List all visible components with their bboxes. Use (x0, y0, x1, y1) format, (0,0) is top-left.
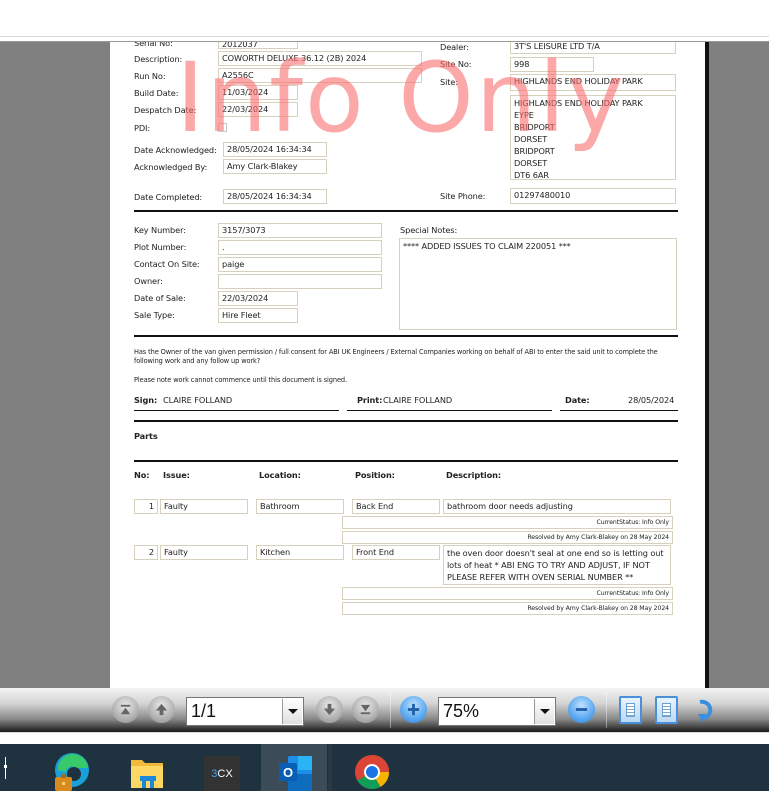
3cx-icon[interactable]: 3CX (204, 756, 240, 791)
previous-page-button[interactable] (148, 696, 175, 723)
serial-label: Serial No: (134, 42, 173, 48)
zoom-in-icon (406, 702, 421, 717)
date-label: Date: (565, 395, 590, 405)
toolbar-separator (606, 692, 607, 728)
section-divider (134, 335, 678, 337)
site-label: Site: (440, 77, 458, 87)
divider (0, 36, 769, 37)
print-label: Print: (357, 395, 382, 405)
fit-width-button[interactable] (619, 696, 642, 724)
zoom-selector[interactable]: 75% (438, 697, 556, 726)
run-no-label: Run No: (134, 71, 166, 81)
date-value: 28/05/2024 (628, 395, 674, 405)
print-value: CLAIRE FOLLAND (383, 395, 452, 405)
outlook-icon[interactable]: O (276, 750, 316, 791)
site-no-label: Site No: (440, 59, 471, 69)
address-line: HIGHLANDS END HOLIDAY PARK (514, 97, 672, 109)
site-phone-label: Site Phone: (440, 191, 485, 201)
part-location: Bathroom (256, 499, 344, 514)
build-date-field: 11/03/2024 (218, 85, 298, 100)
col-no: No: (134, 470, 149, 480)
top-blank-area (0, 0, 769, 36)
part-position: Front End (352, 545, 440, 560)
run-no-field: A2556C (218, 68, 422, 83)
pdi-checkbox (218, 123, 227, 132)
part-issue: Faulty (160, 545, 248, 560)
address-line: BRIDPORT (514, 145, 672, 157)
consent-question: Has the Owner of the van given permissio… (134, 348, 674, 366)
file-explorer-icon[interactable] (128, 750, 168, 791)
special-notes-label: Special Notes: (400, 225, 457, 235)
part-status: CurrentStatus: Info Only (342, 516, 673, 529)
date-completed-label: Date Completed: (134, 192, 202, 202)
blank-strip (0, 732, 769, 744)
first-page-button[interactable] (112, 696, 139, 723)
next-page-icon (322, 702, 337, 717)
chrome-icon[interactable] (352, 750, 392, 791)
document-page: Serial No: 2012037 Description: COWORTH … (110, 42, 705, 688)
dealer-label: Dealer: (440, 42, 469, 52)
page-selector[interactable]: 1/1 (186, 697, 304, 726)
address-line: EYPE (514, 109, 672, 121)
part-location: Kitchen (256, 545, 344, 560)
parts-heading: Parts (134, 431, 158, 441)
fit-page-icon (662, 703, 671, 717)
next-page-button[interactable] (316, 696, 343, 723)
fit-page-button[interactable] (655, 696, 678, 724)
taskbar-handle[interactable] (5, 757, 6, 779)
site-address-field: HIGHLANDS END HOLIDAY PARK EYPE BRIDPORT… (510, 95, 676, 180)
pdi-label: PDI: (134, 123, 150, 133)
pdf-viewer-canvas[interactable]: Serial No: 2012037 Description: COWORTH … (0, 42, 769, 688)
site-field: HIGHLANDS END HOLIDAY PARK (510, 74, 676, 91)
zoom-value: 75% (443, 701, 479, 721)
zoom-out-button[interactable] (568, 696, 595, 723)
acknowledged-by-field: Amy Clark-Blakey (223, 159, 327, 174)
build-date-label: Build Date: (134, 88, 178, 98)
contact-on-site-label: Contact On Site: (134, 259, 200, 269)
section-divider (134, 210, 678, 212)
last-page-button[interactable] (352, 696, 379, 723)
part-no: 1 (134, 499, 158, 514)
despatch-date-label: Despatch Date: (134, 105, 196, 115)
site-no-field: 998 (510, 57, 594, 72)
last-page-icon (358, 702, 373, 717)
owner-label: Owner: (134, 276, 163, 286)
serial-field: 2012037 (218, 42, 298, 49)
description-label: Description: (134, 54, 182, 64)
rotate-icon (698, 702, 710, 722)
fit-width-icon (626, 703, 635, 717)
part-position: Back End (352, 499, 440, 514)
chevron-down-icon[interactable] (534, 699, 554, 724)
site-phone-field: 01297480010 (510, 188, 676, 204)
first-page-icon (118, 702, 133, 717)
col-issue: Issue: (163, 470, 190, 480)
section-divider (134, 420, 678, 422)
plot-number-field: . (218, 240, 382, 255)
edge-icon[interactable] (52, 750, 92, 791)
date-underline (560, 410, 678, 411)
toolbar-separator (390, 692, 391, 728)
print-underline (347, 410, 552, 411)
part-resolved: Resolved by Amy Clark-Blakey on 28 May 2… (342, 602, 673, 615)
special-notes-field: **** ADDED ISSUES TO CLAIM 220051 *** (399, 238, 677, 330)
chevron-down-icon[interactable] (282, 699, 302, 724)
sign-value: CLAIRE FOLLAND (163, 395, 232, 405)
outlook-letter: O (283, 765, 293, 780)
3cx-letters: CX (217, 768, 232, 780)
date-acknowledged-field: 28/05/2024 16:34:34 (223, 142, 327, 157)
col-position: Position: (355, 470, 395, 480)
address-line: DT6 6AR (514, 169, 672, 180)
section-divider (134, 460, 678, 462)
despatch-date-field: 22/03/2024 (218, 102, 298, 117)
col-description: Description: (446, 470, 501, 480)
dealer-field: 3T'S LEISURE LTD T/A (510, 42, 676, 54)
zoom-out-icon (574, 702, 589, 717)
address-line: BRIDPORT (514, 121, 672, 133)
page-value: 1/1 (191, 701, 216, 721)
part-status: CurrentStatus: Info Only (342, 587, 673, 600)
pdf-toolbar: 1/1 75% (0, 688, 769, 732)
contact-on-site-field: paige (218, 257, 382, 272)
sign-underline (134, 410, 339, 411)
taskbar-separator (328, 744, 332, 791)
date-completed-field: 28/05/2024 16:34:34 (223, 189, 327, 204)
page-shadow (705, 42, 709, 688)
sale-type-field: Hire Fleet (218, 308, 298, 323)
prev-page-icon (154, 702, 169, 717)
sign-label: Sign: (134, 395, 157, 405)
part-description: bathroom door needs adjusting (443, 499, 671, 514)
description-field: COWORTH DELUXE 36.12 (2B) 2024 (218, 51, 422, 66)
part-no: 2 (134, 545, 158, 560)
taskbar: 3CX O (0, 744, 769, 791)
sign-notice: Please note work cannot commence until t… (134, 376, 347, 384)
part-issue: Faulty (160, 499, 248, 514)
key-number-field: 3157/3073 (218, 223, 382, 238)
acknowledged-by-label: Acknowledged By: (134, 162, 207, 172)
key-number-label: Key Number: (134, 225, 186, 235)
address-line: DORSET (514, 133, 672, 145)
date-of-sale-field: 22/03/2024 (218, 291, 298, 306)
zoom-in-button[interactable] (400, 696, 427, 723)
plot-number-label: Plot Number: (134, 242, 186, 252)
part-resolved: Resolved by Amy Clark-Blakey on 28 May 2… (342, 531, 673, 544)
date-of-sale-label: Date of Sale: (134, 293, 186, 303)
address-line: DORSET (514, 157, 672, 169)
rotate-button[interactable] (690, 694, 720, 724)
col-location: Location: (259, 470, 301, 480)
sale-type-label: Sale Type: (134, 310, 175, 320)
date-acknowledged-label: Date Acknowledged: (134, 145, 217, 155)
owner-field (218, 274, 382, 289)
part-description: the oven door doesn't seal at one end so… (443, 545, 671, 585)
